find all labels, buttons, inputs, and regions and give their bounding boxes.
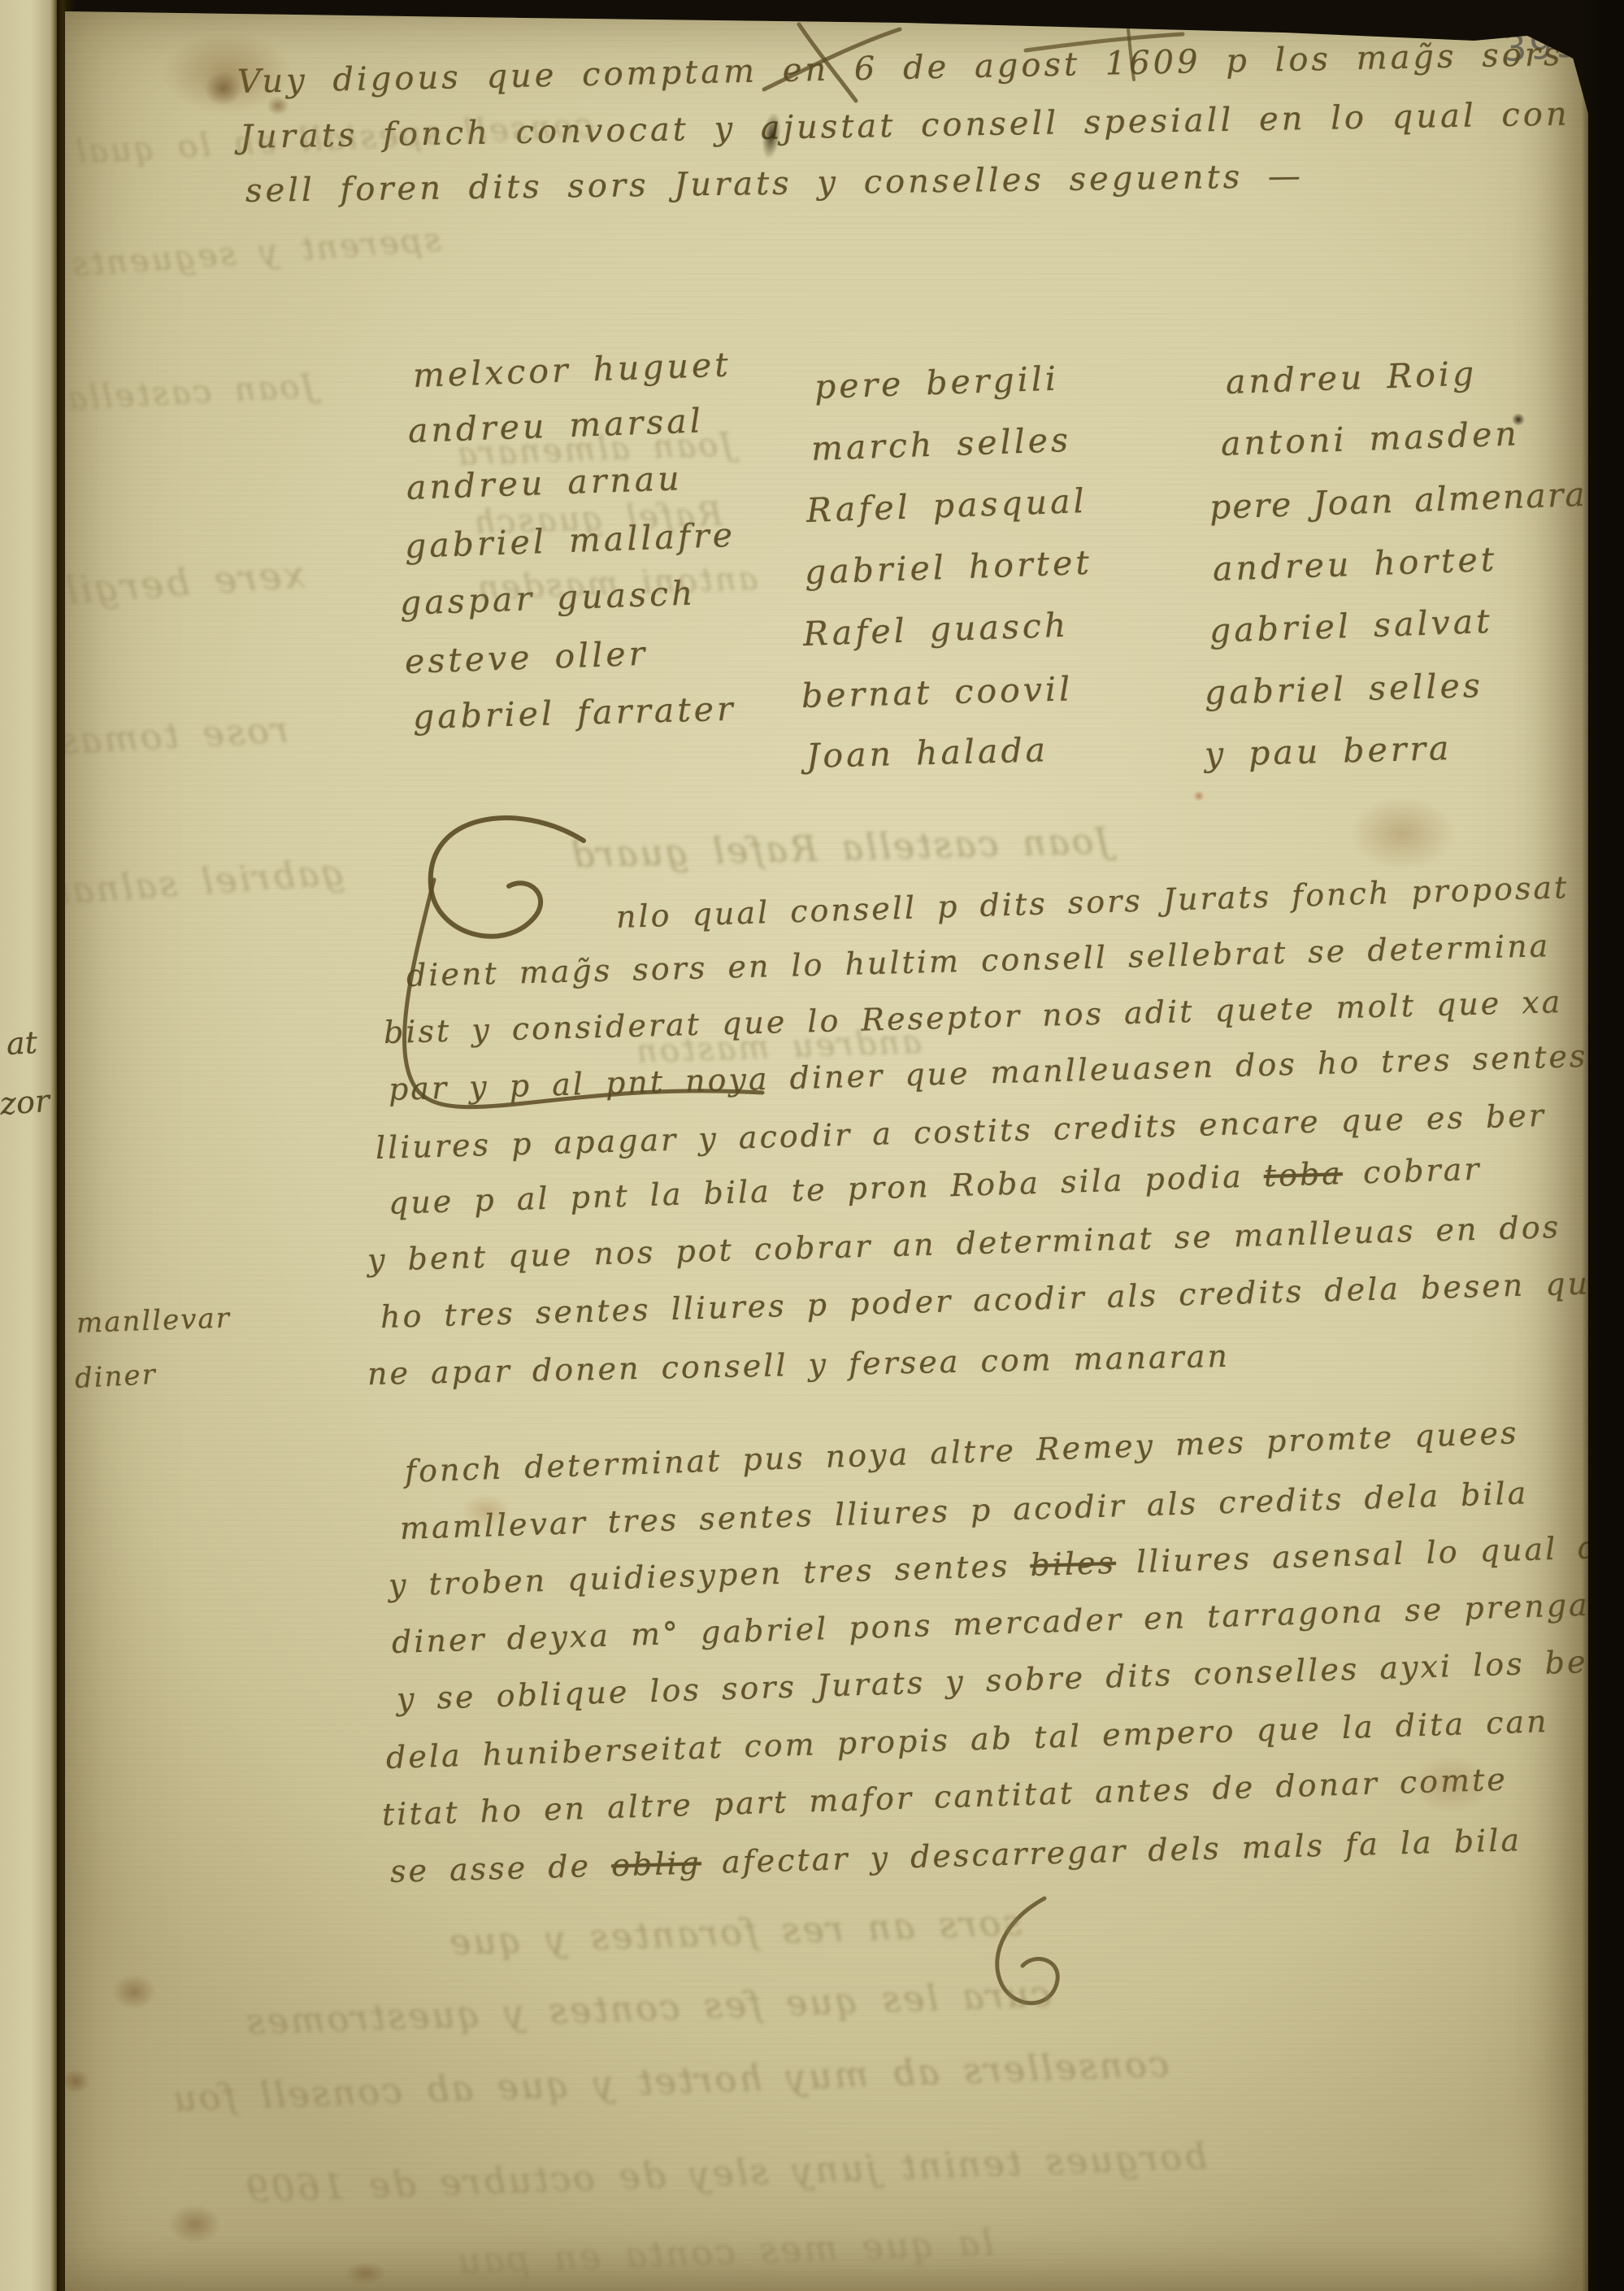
bleed-through-line: sperent y seguents	[68, 221, 442, 285]
margin-note-line: diner	[74, 1359, 158, 1395]
margin-note-line: manllevar	[76, 1302, 231, 1340]
paragraph2-line: se asse de oblig afectar y descarregar d…	[389, 1822, 1522, 1889]
attendee-name: esteve oller	[404, 634, 649, 681]
stain	[61, 2069, 90, 2093]
stain	[345, 2262, 386, 2284]
attendee-name: melxcor huguet	[412, 345, 732, 395]
paragraph1-line: que p al pnt la bila te pron Roba sila p…	[388, 1151, 1482, 1221]
attendee-name: y pau berra	[1204, 728, 1452, 774]
attendee-name: march selles	[810, 420, 1072, 468]
attendee-name: pere Joan almenara	[1209, 475, 1587, 527]
stain	[1349, 797, 1455, 870]
paragraph1-line: ho tres sentes lliures p poder acodir al…	[380, 1264, 1624, 1335]
manuscript-photo: at zor 395 Vuy digous que comptam en 6 d…	[0, 0, 1624, 2291]
manuscript-page: 395 Vuy digous que comptam en 6 de agost…	[65, 0, 1588, 2291]
stain	[1193, 790, 1205, 802]
attendee-name: Rafel guasch	[802, 606, 1070, 654]
bleed-through-line: consellers ab muy hortet y que ab consel…	[170, 2044, 1170, 2120]
paragraph2-line: titat ho en altre part mafor cantitat an…	[381, 1761, 1508, 1832]
attendee-name: andreu hortet	[1212, 540, 1498, 589]
struck-word: toba	[1263, 1155, 1343, 1193]
prev-folio-text-fragment: zor	[0, 1083, 50, 1122]
bleed-through-line: antoni masden	[475, 560, 758, 607]
bleed-through-line: cura les que fes contes y questromes	[243, 1974, 1052, 2044]
bleed-through-line: borgues tenint juny sley de octubre de 1…	[243, 2136, 1207, 2211]
paragraph2-line: mamllevar tres sentes lliures p acodir a…	[399, 1475, 1529, 1546]
attendee-name: Joan halada	[805, 730, 1049, 776]
attendee-name: antoni masden	[1220, 414, 1520, 463]
bleed-through-line: sors an res forantes y que	[446, 1902, 1022, 1964]
header-line: sell foren dits sors Jurats y conselles …	[245, 158, 1305, 210]
paragraph2-line-text: afectar y descarregar dels mals fa la bi…	[701, 1822, 1522, 1880]
stain	[112, 1974, 156, 2010]
attendee-name: gabriel selles	[1204, 666, 1483, 712]
stain	[169, 2205, 221, 2244]
attendee-name: gabriel hortet	[804, 543, 1092, 592]
paragraph1-line: y bent que nos pot cobrar an determinat …	[367, 1209, 1561, 1278]
paragraph1-line-text: que p al pnt la bila te pron Roba sila p…	[388, 1158, 1264, 1221]
bleed-through-line: la que mes conta en pau	[454, 2222, 994, 2282]
attendee-name: gabriel salvat	[1209, 602, 1493, 650]
paragraph1-line-text: cobrar	[1342, 1151, 1482, 1191]
paragraph2-line-text: lliures asensal lo qual diu	[1115, 1528, 1624, 1580]
attendee-name: bernat coovil	[801, 669, 1073, 715]
bleed-through-line: rose tomas	[56, 710, 289, 763]
attendee-name: Rafel pasqual	[805, 481, 1088, 530]
photo-edge-shadow	[1582, 0, 1624, 2291]
struck-word: biles	[1030, 1545, 1117, 1583]
prev-folio-text-fragment: at	[6, 1024, 38, 1062]
previous-folio-edge: at zor	[0, 0, 57, 2291]
struck-word: oblig	[610, 1845, 701, 1883]
bleed-through-line: Joan castella	[64, 367, 315, 418]
attendee-name: andreu Roig	[1225, 354, 1478, 402]
bleed-through-line: xere bergili	[48, 552, 306, 614]
bleed-through-line: gabriel salnat	[52, 852, 346, 914]
paragraph2-line-text: y troben quidiesypen tres sentes	[388, 1547, 1031, 1603]
attendee-name: gabriel farrater	[412, 689, 736, 737]
attendee-name: pere bergili	[814, 359, 1060, 406]
paragraph1-line: ne apar donen consell y fersea com manar…	[367, 1338, 1231, 1392]
paragraph2-line: fonch determinat pus noya altre Remey me…	[404, 1415, 1519, 1489]
paragraph2-line-text: se asse de	[389, 1847, 611, 1889]
